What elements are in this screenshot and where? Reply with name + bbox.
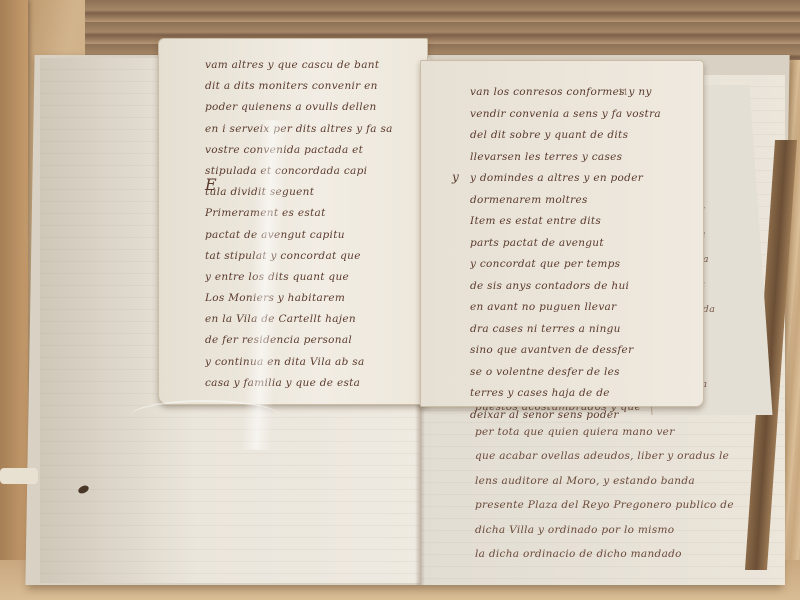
- text-line: terres y cases haja de de: [470, 383, 695, 405]
- text-line: y entre los dits quant que: [205, 267, 420, 288]
- text-line: en avant no puguen llevar: [470, 297, 695, 319]
- text-line: sino que avantven de dessfer: [470, 340, 695, 362]
- text-line: de sis anys contadors de hui: [470, 276, 695, 298]
- text-line: y continua en dita Vila ab sa: [205, 352, 420, 373]
- text-line: dicha Villa y ordinado por lo mismo: [475, 518, 785, 543]
- text-line: tula dividit seguent: [205, 182, 420, 203]
- text-line: vostre convenida pactada et: [205, 140, 420, 161]
- folio-right-text: van los conresos conformes y ny vendir c…: [470, 82, 695, 426]
- text-line: lens auditore al Moro, y estando banda: [475, 469, 785, 494]
- text-line: de fer residencia personal: [205, 330, 420, 351]
- display-case-corner-post: [0, 0, 28, 600]
- text-line: presente Plaza del Reyo Pregonero public…: [475, 493, 785, 518]
- text-line: en i serveix per dits altres y fa sa: [205, 119, 420, 140]
- text-line: y domindes a altres y en poder: [470, 168, 695, 190]
- text-line: pactat de avengut capitu: [205, 225, 420, 246]
- text-line: dit a dits moniters convenir en: [205, 76, 420, 97]
- text-line: Los Moniers y habitarem: [205, 288, 420, 309]
- text-line: van los conresos conformes y ny: [470, 82, 695, 104]
- text-line: llevarsen les terres y cases: [470, 147, 695, 169]
- text-line: poder quienens a ovulls dellen: [205, 97, 420, 118]
- text-line: Item es estat entre dits: [470, 211, 695, 233]
- text-line: stipulada et concordada capi: [205, 161, 420, 182]
- text-line: vam altres y que cascu de bant: [205, 55, 420, 76]
- text-line: deixar al senor sens poder: [470, 405, 695, 427]
- text-line: se o volentne desfer de les: [470, 362, 695, 384]
- text-line: la dicha ordinacio de dicho mandado: [475, 542, 785, 567]
- text-line: del dit sobre y quant de dits: [470, 125, 695, 147]
- text-line: tat stipulat y concordat que: [205, 246, 420, 267]
- text-line: Primerament es estat: [205, 203, 420, 224]
- paper-tab: [0, 468, 38, 484]
- text-line: que acabar ovellas adeudos, liber y orad…: [475, 444, 785, 469]
- text-line: parts pactat de avengut: [470, 233, 695, 255]
- text-line: dormenarem moltres: [470, 190, 695, 212]
- folio-left-text: vam altres y que cascu de bant dit a dit…: [205, 55, 420, 394]
- marginal-note: y: [452, 170, 459, 184]
- text-line: dra cases ni terres a ningu: [470, 319, 695, 341]
- text-line: en la Vila de Cartellt hajen: [205, 309, 420, 330]
- text-line: vendir convenia a sens y fa vostra: [470, 104, 695, 126]
- text-line: y concordat que per temps: [470, 254, 695, 276]
- text-line: casa y familia y que de esta: [205, 373, 420, 394]
